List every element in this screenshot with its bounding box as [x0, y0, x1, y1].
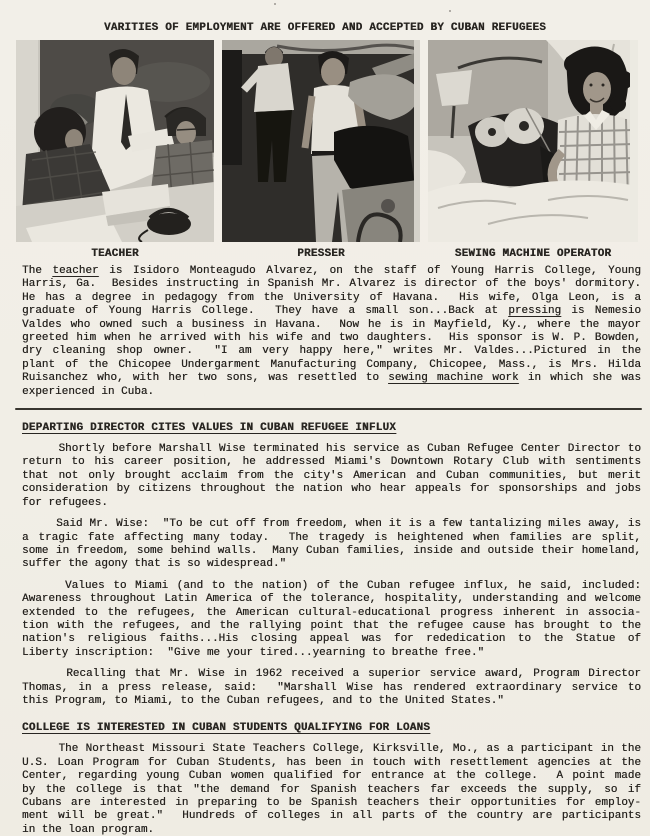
- text-line: graduate of Young Harris College. They h…: [22, 305, 641, 318]
- section1-paragraph-3: Values to Miami (and to the nation) of t…: [22, 580, 641, 660]
- text-line: Valdes who owned such a business in Hava…: [22, 319, 641, 332]
- section1-paragraph-2: Said Mr. Wise: "To be cut off from freed…: [22, 518, 641, 572]
- text-segment: Ruisanchez who, with her two sons, was r…: [22, 372, 388, 384]
- text-line: some in freedom, some behind walls. Many…: [22, 545, 641, 558]
- text-line: nation's religious faiths...His closing …: [22, 633, 641, 646]
- text-segment: is Nemesio: [561, 305, 641, 317]
- text-segment: in which she was: [519, 372, 641, 384]
- text-line: by the college is that "the demand for S…: [22, 784, 641, 797]
- text-line: extended to the refugees, the American c…: [22, 607, 641, 620]
- section1-paragraph-1: Shortly before Marshall Wise terminated …: [22, 443, 641, 510]
- text-line: The teacher is Isidoro Monteagudo Alvare…: [22, 265, 641, 278]
- text-line: that not only brought acclaim from the c…: [22, 470, 641, 483]
- text-segment: is Isidoro Monteagudo Alvarez, on the st…: [99, 265, 641, 277]
- text-line: experienced in Cuba.: [22, 386, 641, 399]
- scan-speck: [274, 3, 276, 5]
- text-line: a tragic fate affecting many today. The …: [22, 532, 641, 545]
- text-line: for refugees.: [22, 497, 641, 510]
- text-line: return to his career position, he addres…: [22, 456, 641, 469]
- text-line: Harris, Ga. Besides instructing in Spani…: [22, 278, 641, 291]
- scan-speck: [449, 10, 451, 12]
- text-line: dry cleaning shop owner. "I am very happ…: [22, 345, 641, 358]
- underlined-term: sewing machine work: [388, 372, 519, 384]
- section1-heading: DEPARTING DIRECTOR CITES VALUES IN CUBAN…: [22, 421, 641, 435]
- text-line: plant of the Chicopee Undergarment Manuf…: [22, 359, 641, 372]
- teacher-photo: [16, 40, 214, 242]
- text-line: Cubans are interested in preparing to be…: [22, 797, 641, 810]
- caption-sewing-machine-operator: SEWING MACHINE OPERATOR: [428, 248, 638, 260]
- section2-heading-text: COLLEGE IS INTERESTED IN CUBAN STUDENTS …: [22, 722, 430, 734]
- text-segment: The: [22, 265, 52, 277]
- page-title: VARITIES OF EMPLOYMENT ARE OFFERED AND A…: [0, 22, 650, 35]
- presser-photo: [222, 40, 420, 242]
- underlined-term: pressing: [508, 305, 561, 317]
- text-line: Recalling that Mr. Wise in 1962 received…: [22, 668, 641, 681]
- text-line: U.S. Loan Program for Cuban Students, ha…: [22, 757, 641, 770]
- section1-heading-text: DEPARTING DIRECTOR CITES VALUES IN CUBAN…: [22, 422, 396, 434]
- text-line: Said Mr. Wise: "To be cut off from freed…: [22, 518, 641, 531]
- text-line: consideration by citizens throughout the…: [22, 483, 641, 496]
- text-line: Values to Miami (and to the nation) of t…: [22, 580, 641, 593]
- sewing-machine-operator-photo: [428, 40, 638, 242]
- scanned-newsletter-page: VARITIES OF EMPLOYMENT ARE OFFERED AND A…: [0, 0, 650, 836]
- text-line: Ruisanchez who, with her two sons, was r…: [22, 372, 641, 385]
- section2-heading: COLLEGE IS INTERESTED IN CUBAN STUDENTS …: [22, 721, 641, 735]
- text-line: Shortly before Marshall Wise terminated …: [22, 443, 641, 456]
- text-line: ment will be great." Hundreds of college…: [22, 810, 641, 823]
- text-line: Center, regarding young Cuban women qual…: [22, 770, 641, 783]
- caption-row: TEACHER PRESSER SEWING MACHINE OPERATOR: [16, 248, 641, 260]
- text-line: this Program, to Miami, to the Cuban ref…: [22, 695, 641, 708]
- underlined-term: teacher: [52, 265, 98, 277]
- text-line: Awareness throughout Latin America of th…: [22, 593, 641, 606]
- text-segment: graduate of Young Harris College. They h…: [22, 305, 508, 317]
- caption-teacher: TEACHER: [16, 248, 214, 260]
- intro-paragraph: The teacher is Isidoro Monteagudo Alvare…: [22, 265, 641, 399]
- text-line: greeted him when he arrived with his wif…: [22, 332, 641, 345]
- photo-row: [16, 40, 641, 242]
- text-line: Thomas, in a press release, said: "Marsh…: [22, 682, 641, 695]
- caption-presser: PRESSER: [222, 248, 420, 260]
- section-divider: [15, 408, 642, 410]
- text-line: He has a degree in pedagogy from the Uni…: [22, 292, 641, 305]
- text-line: in the loan program.: [22, 824, 641, 836]
- text-line: Liberty inscription: "Give me your tired…: [22, 647, 641, 660]
- text-line: tion with the refugees, and the rallying…: [22, 620, 641, 633]
- section1-paragraph-4: Recalling that Mr. Wise in 1962 received…: [22, 668, 641, 708]
- text-line: suffer the agony that is so widespread.": [22, 558, 641, 571]
- text-line: The Northeast Missouri State Teachers Co…: [22, 743, 641, 756]
- section2-paragraph-1: The Northeast Missouri State Teachers Co…: [22, 743, 641, 836]
